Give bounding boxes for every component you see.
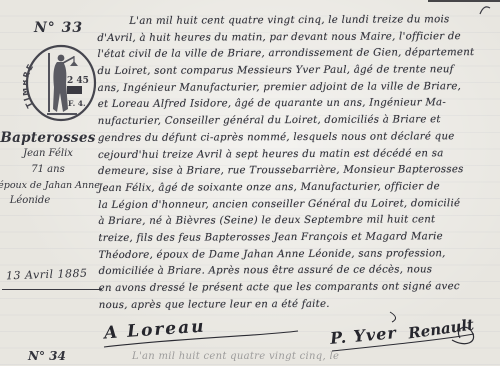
act-number: N° 33: [34, 20, 83, 36]
signature-renault: Renault: [407, 315, 475, 342]
body-line: l'état civil de la ville de Briare, arro…: [97, 45, 497, 64]
timbre-stamp-icon: 2 45 F. 4. TIMBRE: [23, 43, 99, 123]
body-line: domiciliée à Briare. Après nous être ass…: [99, 262, 499, 281]
body-line: ans, Ingénieur Manufacturier, premier ad…: [98, 79, 498, 98]
signature-yver: P. Yver: [329, 323, 397, 348]
body-line: gendres du défunt ci-après nommé, lesque…: [98, 129, 498, 148]
body-line: nufacturier, Conseiller général du Loire…: [98, 112, 498, 131]
body-line: et Loreau Alfred Isidore, âgé de quarant…: [98, 95, 498, 114]
body-line: L'an mil huit cent quatre vingt cinq, le…: [97, 12, 497, 31]
body-line: demeure, sise à Briare, rue Troussebarri…: [98, 162, 498, 181]
body-line: d'Avril, à huit heures du matin, par dev…: [97, 29, 497, 48]
body-line: Jean Félix, âgé de soixante onze ans, Ma…: [98, 179, 498, 198]
stamp-value: 2 45: [67, 76, 89, 86]
margin-spouse-line2: Léonide: [0, 195, 78, 206]
signature-loreau: A Loreau: [103, 316, 206, 343]
scan-edge-artifact: [428, 0, 500, 2]
stamp-label: TIMBRE: [23, 62, 36, 110]
revenue-stamp: 2 45 F. 4. TIMBRE: [23, 43, 99, 123]
body-line: à Briare, né à Bièvres (Seine) le deux S…: [98, 212, 498, 231]
svg-text:TIMBRE: TIMBRE: [23, 62, 36, 110]
margin-deceased-age: 71 ans: [0, 164, 96, 175]
act-body-text: L'an mil huit cent quatre vingt cinq, le…: [97, 12, 499, 314]
body-line: cejourd'hui treize Avril à sept heures d…: [98, 145, 498, 164]
margin-death-date: 13 Avril 1885: [6, 267, 88, 283]
body-line: Théodore, époux de Dame Jahan Anne Léoni…: [98, 246, 498, 265]
body-line: treize, fils des feus Bapterosses Jean F…: [98, 229, 498, 248]
margin-spouse-line1: époux de Jahan Anne: [0, 180, 100, 191]
margin-divider: [2, 289, 102, 290]
body-line: la Légion d'honneur, ancien conseiller G…: [98, 196, 498, 215]
stamp-code: F. 4.: [68, 99, 86, 108]
next-act-number: N° 34: [28, 349, 66, 363]
margin-deceased-given-names: Jean Félix: [0, 148, 96, 159]
margin-deceased-surname: Bapterosses: [0, 130, 96, 146]
death-record-scan: N° 33 2 45 F. 4. TIMBRE Bapterosses Jean…: [0, 0, 500, 366]
body-line: du Loiret, sont comparus Messieurs Yver …: [97, 62, 497, 81]
body-line: nous, après que lecture leur en a été fa…: [99, 296, 499, 315]
body-line: en avons dressé le présent acte que les …: [99, 279, 499, 298]
next-act-preview: L'an mil huit cent quatre vingt cinq, le: [132, 351, 339, 362]
